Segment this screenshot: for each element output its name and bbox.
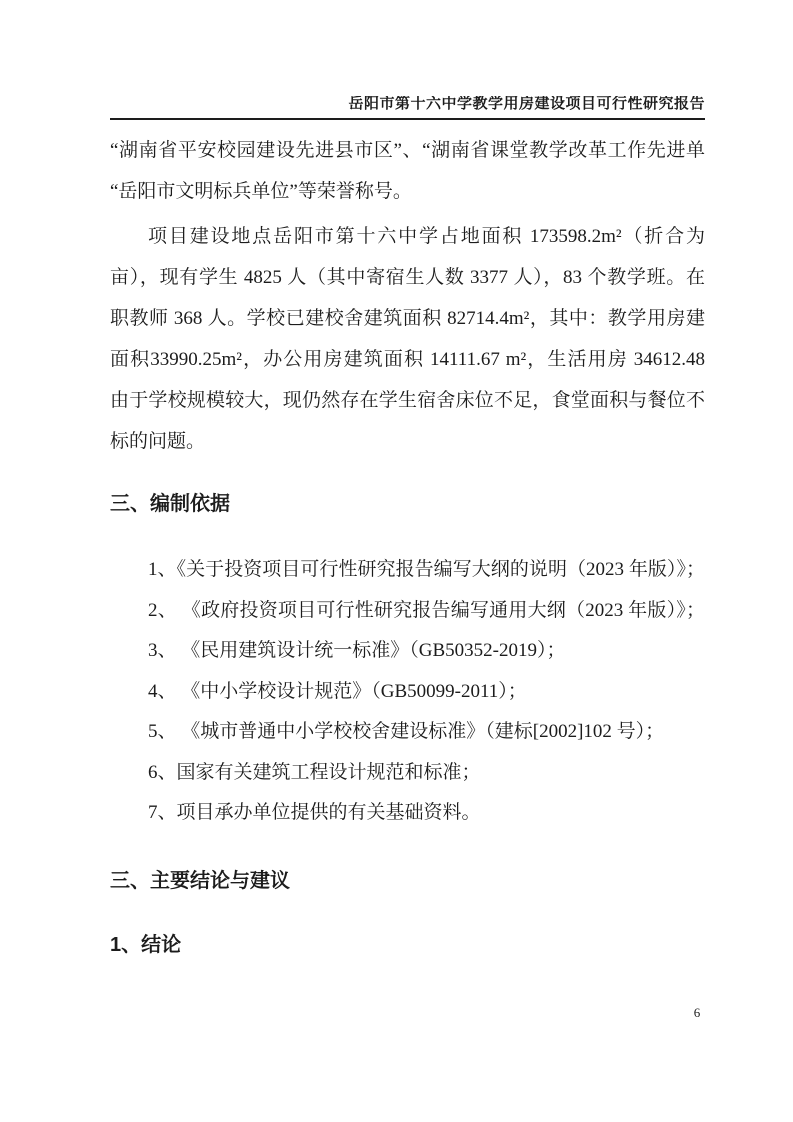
reference-item: 6、国家有关建筑工程设计规范和标准； bbox=[110, 753, 705, 794]
page-content: “湖南省平安校园建设先进县市区”、“湖南省课堂教学改革工作先进单位”、“岳阳市文… bbox=[110, 130, 705, 966]
reference-item: 1、《关于投资项目可行性研究报告编写大纲的说明（2023 年版）》； bbox=[110, 550, 705, 591]
reference-item: 7、项目承办单位提供的有关基础资料。 bbox=[110, 793, 705, 834]
text-line: 亩），现有学生 4825 人（其中寄宿生人数 3377 人），83 个教学班。在 bbox=[110, 257, 705, 298]
reference-item: 2、 《政府投资项目可行性研究报告编写通用大纲（2023 年版）》； bbox=[110, 591, 705, 632]
text-line: 职教师 368 人。学校已建校舍建筑面积 82714.4m²，其中：教学用房建筑 bbox=[110, 298, 705, 339]
page-header: 岳阳市第十六中学教学用房建设项目可行性研究报告 bbox=[110, 96, 705, 120]
heading-conclusions-suggestions: 三、主要结论与建议 bbox=[110, 861, 705, 902]
reference-item: 5、 《城市普通中小学校校舍建设标准》（建标[2002]102 号）； bbox=[110, 712, 705, 753]
text-line: 由于学校规模较大，现仍然存在学生宿舍床位不足，食堂面积与餐位不达 bbox=[110, 380, 705, 421]
reference-item: 3、 《民用建筑设计统一标准》（GB50352-2019）； bbox=[110, 631, 705, 672]
heading-conclusion: 1、结论 bbox=[110, 925, 705, 966]
text-line: “岳阳市文明标兵单位”等荣誉称号。 bbox=[110, 171, 705, 212]
page-number: 6 bbox=[689, 1004, 705, 1022]
reference-item: 4、 《中小学校设计规范》（GB50099-2011）； bbox=[110, 672, 705, 713]
text-line: 面积33990.25m²，办公用房建筑面积 14111.67 m²，生活用房 3… bbox=[110, 339, 705, 380]
header-title: 岳阳市第十六中学教学用房建设项目可行性研究报告 bbox=[110, 96, 705, 113]
paragraph-honors: “湖南省平安校园建设先进县市区”、“湖南省课堂教学改革工作先进单位”、“岳阳市文… bbox=[110, 130, 705, 212]
text-line: 标的问题。 bbox=[110, 421, 705, 462]
text-line: “湖南省平安校园建设先进县市区”、“湖南省课堂教学改革工作先进单位”、 bbox=[110, 130, 705, 171]
heading-compilation-basis: 三、编制依据 bbox=[110, 484, 705, 525]
text-line: 项目建设地点岳阳市第十六中学占地面积 173598.2m²（折合为 260.4 bbox=[110, 216, 705, 257]
document-page: 岳阳市第十六中学教学用房建设项目可行性研究报告 “湖南省平安校园建设先进县市区”… bbox=[0, 0, 793, 1122]
reference-list: 1、《关于投资项目可行性研究报告编写大纲的说明（2023 年版）》；2、 《政府… bbox=[110, 550, 705, 834]
paragraph-project-overview: 项目建设地点岳阳市第十六中学占地面积 173598.2m²（折合为 260.4亩… bbox=[110, 216, 705, 462]
